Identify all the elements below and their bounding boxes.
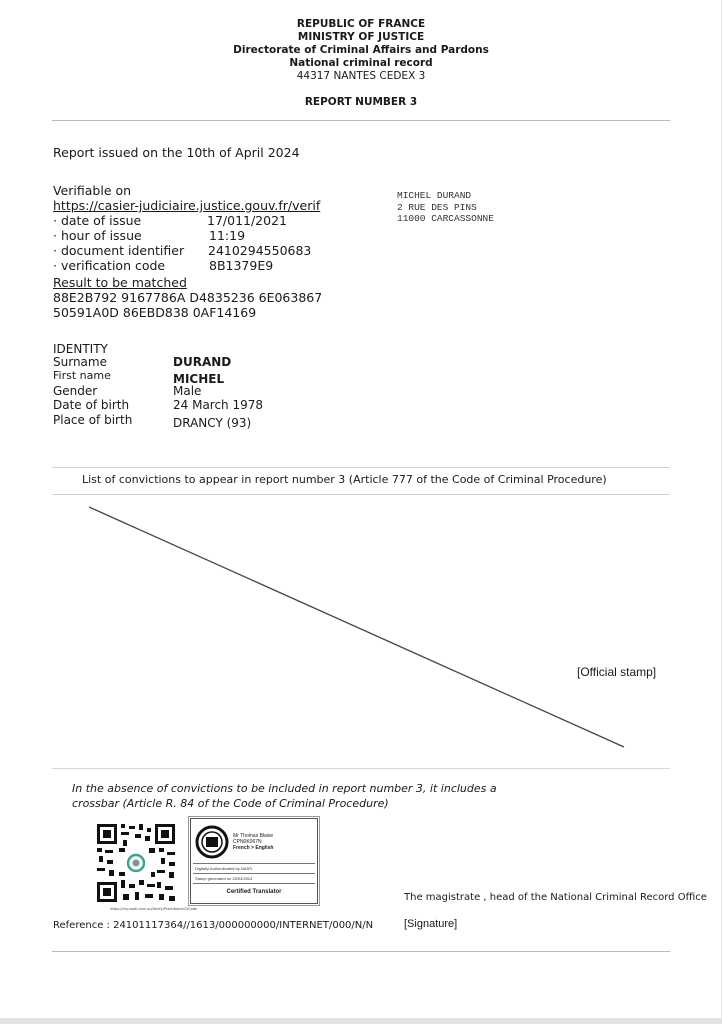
divider: [52, 951, 670, 952]
certified-translator-label: Certified Translator: [191, 889, 317, 896]
reference-text: Reference : 24101117364//1613/000000000/…: [53, 919, 373, 932]
absence-note-line: crossbar (Article R. 84 of the Code of C…: [72, 796, 389, 811]
document-page: REPUBLIC OF FRANCE MINISTRY OF JUSTICE D…: [0, 0, 721, 1018]
absence-note-line: In the absence of convictions to be incl…: [72, 781, 497, 796]
naati-logo-icon: [195, 825, 229, 859]
authenticated-text: Digitally Authenticated by NAATI: [195, 866, 313, 871]
divider: [193, 883, 315, 884]
divider: [193, 863, 315, 864]
translator-stamp: Mr Thomas Blaise CPN0K067N French > Engl…: [190, 818, 318, 904]
divider: [193, 873, 315, 874]
translator-languages: French > English: [233, 845, 273, 851]
qr-code-icon: [95, 822, 177, 904]
magistrate-title: The magistrate , head of the National Cr…: [404, 891, 707, 904]
qr-caption: https://my.naati.com.au/Verify/Practitio…: [110, 907, 197, 911]
official-stamp-placeholder: [Official stamp]: [577, 665, 656, 679]
stamp-generated-text: Stamp generated on 25/04/2024: [195, 876, 313, 881]
divider: [52, 768, 670, 769]
signature-placeholder: [Signature]: [404, 918, 457, 931]
qr-code[interactable]: [95, 822, 177, 904]
